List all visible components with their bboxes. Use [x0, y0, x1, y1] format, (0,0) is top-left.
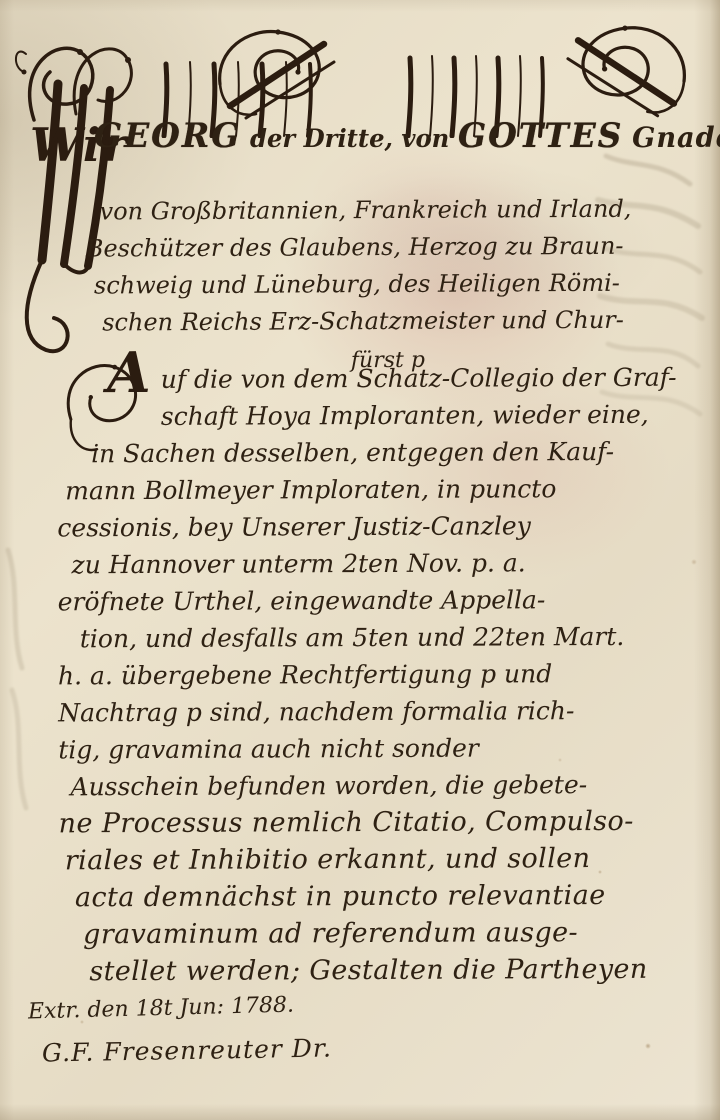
heading-tail-text: Gnaden König: [632, 121, 720, 154]
body-line: h. a. übergebene Rechtfertigung p und: [58, 655, 688, 695]
body-line: cessionis, bey Unserer Justiz-Canzley: [57, 507, 687, 547]
initial-letter: A: [107, 355, 151, 392]
royal-title-line: schweig und Lüneburg, des Heiligen Römi-: [94, 264, 675, 304]
heading-gottes: GOTTES: [458, 116, 623, 156]
body-line: in Sachen desselben, entgegen den Kauf-: [91, 433, 687, 473]
body-line: Ausschein befunden worden, die gebete-: [70, 766, 688, 806]
royal-title-line: von Großbritannien, Frankreich und Irlan…: [100, 190, 675, 230]
body-line: acta demnächst in puncto relevantiae: [75, 877, 689, 917]
manuscript-page: Wir GEORG der Dritte, von GOTTES Gnaden …: [0, 0, 720, 1120]
heading-king-name: GEORG: [94, 116, 241, 156]
heading-mid-text: der Dritte, von: [250, 124, 449, 153]
clerk-signature: G.F. Fresenreuter Dr.: [42, 1033, 332, 1067]
body-line: zu Hannover unterm 2ten Nov. p. a.: [71, 544, 687, 584]
body-line: ne Processus nemlich Citatio, Compulso-: [59, 803, 689, 843]
body-line: tion, und desfalls am 5ten und 22ten Mar…: [80, 618, 688, 658]
body-line: stellet werden; Gestalten die Partheyen: [89, 951, 689, 991]
royal-heading: GEORG der Dritte, von GOTTES Gnaden Köni…: [94, 116, 695, 156]
body-line: tig, gravamina auch nicht sonder: [58, 729, 688, 769]
royal-title-block: von Großbritannien, Frankreich und Irlan…: [100, 190, 676, 380]
body-line: eröfnete Urthel, eingewandte Appella-: [58, 581, 688, 621]
verso-bleedthrough-left: [0, 540, 40, 820]
body-line: riales et Inhibitio erkannt, und sollen: [65, 840, 689, 880]
extract-date-line: Extr. den 18t Jun: 1788.: [28, 993, 295, 1025]
body-line: mann Bollmeyer Imploraten, in puncto: [65, 470, 687, 510]
ornate-initial-a: A: [57, 361, 157, 435]
rosette-flourish-right-icon: [556, 18, 696, 130]
body-line: gravaminum ad referendum ausge-: [83, 914, 689, 954]
body-line: Nachtrag p sind, nachdem formalia rich-: [58, 692, 688, 732]
royal-title-line: Beschützer des Glaubens, Herzog zu Braun…: [86, 227, 675, 267]
decree-body: A uf die von dem Schatz-Collegio der Gra…: [57, 359, 690, 991]
royal-title-line: schen Reichs Erz-Schatzmeister und Chur-: [102, 301, 675, 341]
